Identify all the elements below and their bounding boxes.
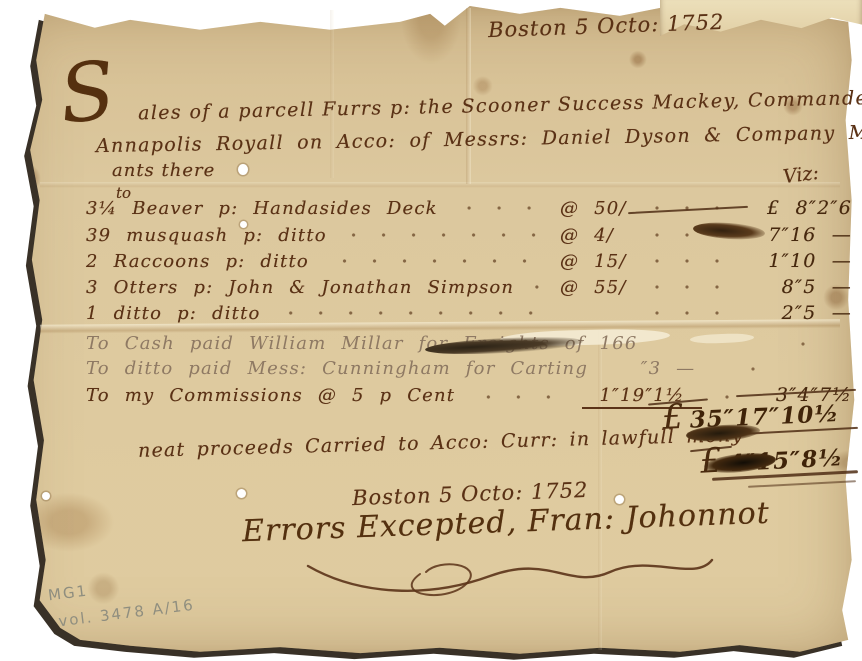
entry-amount: £ 8″2″6 [740, 197, 852, 219]
dot-leader [319, 258, 550, 264]
sale-entry-row: 2 Raccoons p: ditto @ 15/ 1″10 — [86, 250, 852, 272]
entry-amount: 8″5 — [740, 276, 852, 298]
charge-description: To ditto paid Mess: Cunningham for Carti… [86, 358, 588, 379]
charge-inner-amount: ″3 — [608, 358, 728, 379]
signature-flourish [300, 538, 720, 598]
dot-leader [644, 284, 730, 290]
dot-leader [337, 232, 550, 238]
entry-description: 3 Otters p: John & Jonathan Simpson [86, 277, 514, 298]
entry-description: 39 musquash p: ditto [86, 225, 327, 246]
heading-line-3: ants there [112, 160, 215, 181]
dot-leader [644, 258, 730, 264]
entry-amount: 1″10 — [740, 250, 852, 272]
entry-description: 1 ditto p: ditto [86, 303, 261, 324]
entry-rate: @ 15/ [560, 251, 634, 272]
entry-rate: @ 55/ [560, 277, 634, 298]
dot-leader [788, 341, 818, 347]
dot-leader [524, 284, 550, 290]
dot-leader [644, 310, 730, 316]
entry-description: 2 Raccoons p: ditto [86, 251, 309, 272]
punch-hole [238, 164, 248, 175]
viz-label: Viz: [782, 162, 820, 188]
entry-amount: 2″5 — [740, 302, 852, 324]
sale-entry-row: 1 ditto p: ditto 2″5 — [86, 302, 852, 324]
dot-leader [738, 366, 768, 372]
dot-leader [465, 394, 572, 400]
charge-row: To ditto paid Mess: Cunningham for Carti… [86, 358, 852, 379]
charge-description: To my Commissions @ 5 p Cent [86, 385, 455, 406]
dot-leader [271, 310, 550, 316]
decorative-initial: S [55, 43, 119, 141]
fold-crease [40, 182, 840, 188]
document-scan: Boston 5 Octo: 1752 S ales of a parcell … [0, 0, 862, 661]
sale-entry-row: 3 Otters p: John & Jonathan Simpson @ 55… [86, 276, 852, 298]
punch-hole [237, 489, 246, 498]
dot-leader [448, 205, 550, 211]
entry-rate: @ 4/ [560, 225, 634, 246]
entry-rate: @ 50/ [560, 198, 634, 219]
punch-hole [42, 492, 50, 500]
entry-description: 3¼ Beaver p: Handasides Deck [86, 198, 438, 219]
